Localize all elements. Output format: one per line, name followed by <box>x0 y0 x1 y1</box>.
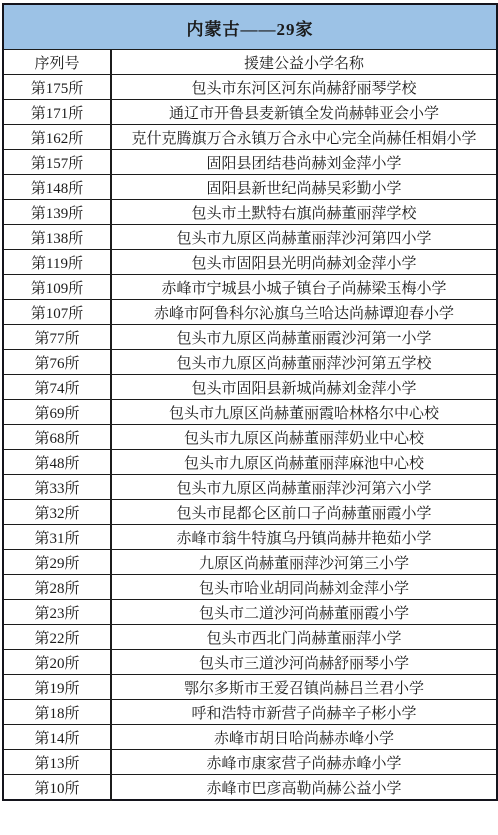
table-row: 第162所克什克腾旗万合永镇万合永中心完全尚赫任相娟小学 <box>3 125 497 150</box>
table-row: 第32所包头市昆都仑区前口子尚赫董丽霞小学 <box>3 500 497 525</box>
school-name-cell: 九原区尚赫董丽萍沙河第三小学 <box>111 550 497 575</box>
serial-cell: 第77所 <box>3 325 111 350</box>
serial-cell: 第13所 <box>3 750 111 775</box>
school-name-cell: 赤峰市胡日哈尚赫赤峰小学 <box>111 725 497 750</box>
school-name-cell: 克什克腾旗万合永镇万合永中心完全尚赫任相娟小学 <box>111 125 497 150</box>
table-row: 第157所固阳县团结巷尚赫刘金萍小学 <box>3 150 497 175</box>
school-name-cell: 包头市三道沙河尚赫舒丽琴小学 <box>111 650 497 675</box>
school-name-cell: 呼和浩特市新营子尚赫辛子彬小学 <box>111 700 497 725</box>
school-name-cell: 赤峰市巴彦高勒尚赫公益小学 <box>111 775 497 801</box>
school-name-cell: 赤峰市翁牛特旗乌丹镇尚赫井艳茹小学 <box>111 525 497 550</box>
serial-cell: 第28所 <box>3 575 111 600</box>
school-name-cell: 通辽市开鲁县麦新镇全发尚赫韩亚会小学 <box>111 100 497 125</box>
school-name-cell: 包头市东河区河东尚赫舒丽琴学校 <box>111 75 497 100</box>
serial-cell: 第138所 <box>3 225 111 250</box>
table-row: 第148所固阳县新世纪尚赫吴彩勤小学 <box>3 175 497 200</box>
serial-cell: 第48所 <box>3 450 111 475</box>
school-name-cell: 赤峰市宁城县小城子镇台子尚赫梁玉梅小学 <box>111 275 497 300</box>
school-name-cell: 固阳县新世纪尚赫吴彩勤小学 <box>111 175 497 200</box>
serial-cell: 第22所 <box>3 625 111 650</box>
serial-cell: 第139所 <box>3 200 111 225</box>
table-row: 第139所包头市土默特右旗尚赫董丽萍学校 <box>3 200 497 225</box>
school-name-cell: 包头市二道沙河尚赫董丽霞小学 <box>111 600 497 625</box>
table-row: 第76所包头市九原区尚赫董丽萍沙河第五学校 <box>3 350 497 375</box>
serial-cell: 第23所 <box>3 600 111 625</box>
school-name-cell: 包头市九原区尚赫董丽萍麻池中心校 <box>111 450 497 475</box>
serial-cell: 第171所 <box>3 100 111 125</box>
table-row: 第19所鄂尔多斯市王爱召镇尚赫吕兰君小学 <box>3 675 497 700</box>
serial-cell: 第74所 <box>3 375 111 400</box>
table-row: 第22所包头市西北门尚赫董丽萍小学 <box>3 625 497 650</box>
serial-cell: 第68所 <box>3 425 111 450</box>
table-row: 第33所包头市九原区尚赫董丽萍沙河第六小学 <box>3 475 497 500</box>
table-row: 第138所包头市九原区尚赫董丽萍沙河第四小学 <box>3 225 497 250</box>
column-header-school-name: 援建公益小学名称 <box>111 50 497 75</box>
serial-cell: 第10所 <box>3 775 111 801</box>
serial-cell: 第32所 <box>3 500 111 525</box>
school-name-cell: 包头市九原区尚赫董丽霞沙河第一小学 <box>111 325 497 350</box>
school-name-cell: 赤峰市阿鲁科尔沁旗乌兰哈达尚赫谭迎春小学 <box>111 300 497 325</box>
title-row: 内蒙古——29家 <box>3 4 497 50</box>
table-row: 第28所包头市哈业胡同尚赫刘金萍小学 <box>3 575 497 600</box>
serial-cell: 第109所 <box>3 275 111 300</box>
table-row: 第69所包头市九原区尚赫董丽霞哈林格尔中心校 <box>3 400 497 425</box>
serial-cell: 第18所 <box>3 700 111 725</box>
table-row: 第20所包头市三道沙河尚赫舒丽琴小学 <box>3 650 497 675</box>
serial-cell: 第157所 <box>3 150 111 175</box>
school-table: 内蒙古——29家 序列号 援建公益小学名称 第175所包头市东河区河东尚赫舒丽琴… <box>2 3 498 801</box>
school-name-cell: 包头市九原区尚赫董丽萍奶业中心校 <box>111 425 497 450</box>
serial-cell: 第162所 <box>3 125 111 150</box>
page-title: 内蒙古——29家 <box>3 4 497 50</box>
table-row: 第48所包头市九原区尚赫董丽萍麻池中心校 <box>3 450 497 475</box>
school-name-cell: 赤峰市康家营子尚赫赤峰小学 <box>111 750 497 775</box>
table-row: 第175所包头市东河区河东尚赫舒丽琴学校 <box>3 75 497 100</box>
serial-cell: 第33所 <box>3 475 111 500</box>
school-name-cell: 包头市九原区尚赫董丽萍沙河第五学校 <box>111 350 497 375</box>
table-body: 第175所包头市东河区河东尚赫舒丽琴学校第171所通辽市开鲁县麦新镇全发尚赫韩亚… <box>3 75 497 801</box>
serial-cell: 第148所 <box>3 175 111 200</box>
school-name-cell: 包头市昆都仑区前口子尚赫董丽霞小学 <box>111 500 497 525</box>
school-name-cell: 固阳县团结巷尚赫刘金萍小学 <box>111 150 497 175</box>
table-row: 第13所赤峰市康家营子尚赫赤峰小学 <box>3 750 497 775</box>
serial-cell: 第29所 <box>3 550 111 575</box>
school-name-cell: 鄂尔多斯市王爱召镇尚赫吕兰君小学 <box>111 675 497 700</box>
table-row: 第31所赤峰市翁牛特旗乌丹镇尚赫井艳茹小学 <box>3 525 497 550</box>
school-name-cell: 包头市九原区尚赫董丽萍沙河第四小学 <box>111 225 497 250</box>
table-row: 第74所包头市固阳县新城尚赫刘金萍小学 <box>3 375 497 400</box>
table-row: 第171所通辽市开鲁县麦新镇全发尚赫韩亚会小学 <box>3 100 497 125</box>
table-row: 第18所呼和浩特市新营子尚赫辛子彬小学 <box>3 700 497 725</box>
school-name-cell: 包头市固阳县新城尚赫刘金萍小学 <box>111 375 497 400</box>
school-name-cell: 包头市土默特右旗尚赫董丽萍学校 <box>111 200 497 225</box>
table-row: 第14所赤峰市胡日哈尚赫赤峰小学 <box>3 725 497 750</box>
serial-cell: 第69所 <box>3 400 111 425</box>
table-row: 第77所包头市九原区尚赫董丽霞沙河第一小学 <box>3 325 497 350</box>
serial-cell: 第19所 <box>3 675 111 700</box>
table-row: 第68所包头市九原区尚赫董丽萍奶业中心校 <box>3 425 497 450</box>
serial-cell: 第20所 <box>3 650 111 675</box>
serial-cell: 第119所 <box>3 250 111 275</box>
serial-cell: 第107所 <box>3 300 111 325</box>
column-header-serial: 序列号 <box>3 50 111 75</box>
serial-cell: 第76所 <box>3 350 111 375</box>
school-name-cell: 包头市西北门尚赫董丽萍小学 <box>111 625 497 650</box>
school-name-cell: 包头市九原区尚赫董丽霞哈林格尔中心校 <box>111 400 497 425</box>
table-row: 第10所赤峰市巴彦高勒尚赫公益小学 <box>3 775 497 801</box>
table-row: 第107所赤峰市阿鲁科尔沁旗乌兰哈达尚赫谭迎春小学 <box>3 300 497 325</box>
table-row: 第23所包头市二道沙河尚赫董丽霞小学 <box>3 600 497 625</box>
school-name-cell: 包头市哈业胡同尚赫刘金萍小学 <box>111 575 497 600</box>
header-row: 序列号 援建公益小学名称 <box>3 50 497 75</box>
table-row: 第119所包头市固阳县光明尚赫刘金萍小学 <box>3 250 497 275</box>
school-name-cell: 包头市固阳县光明尚赫刘金萍小学 <box>111 250 497 275</box>
serial-cell: 第175所 <box>3 75 111 100</box>
serial-cell: 第14所 <box>3 725 111 750</box>
table-row: 第29所九原区尚赫董丽萍沙河第三小学 <box>3 550 497 575</box>
serial-cell: 第31所 <box>3 525 111 550</box>
table-row: 第109所赤峰市宁城县小城子镇台子尚赫梁玉梅小学 <box>3 275 497 300</box>
document-page: 内蒙古——29家 序列号 援建公益小学名称 第175所包头市东河区河东尚赫舒丽琴… <box>0 0 498 803</box>
school-name-cell: 包头市九原区尚赫董丽萍沙河第六小学 <box>111 475 497 500</box>
